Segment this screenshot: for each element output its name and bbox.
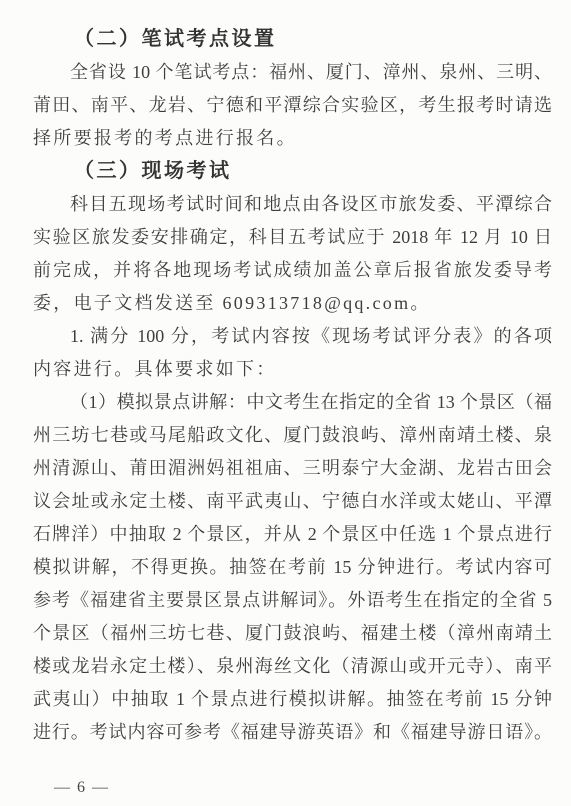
text-line: 实验区旅发委安排确定，科目五考试应于 2018 年 12 月 10 日 xyxy=(33,221,552,254)
text-line: 州三坊七巷或马尾船政文化、厦门鼓浪屿、漳州南靖土楼、泉 xyxy=(33,419,552,452)
text-line: 州清源山、莆田湄洲妈祖祖庙、三明泰宁大金湖、龙岩古田会 xyxy=(33,452,552,485)
text-line: 进行。考试内容可参考《福建导游英语》和《福建导游日语》。 xyxy=(33,716,552,749)
text-line: （1）模拟景点讲解：中文考生在指定的全省 13 个景区（福 xyxy=(33,386,552,419)
text-line: 内容进行。具体要求如下： xyxy=(33,353,552,386)
text-line: 参考《福建省主要景区景点讲解词》。外语考生在指定的全省 5 xyxy=(33,584,552,617)
text-line: 石牌洋）中抽取 2 个景区，并从 2 个景区中任选 1 个景点进行 xyxy=(33,518,552,551)
text-line: 楼或龙岩永定土楼）、泉州海丝文化（清源山或开元寺）、南平 xyxy=(33,650,552,683)
text-line: 武夷山）中抽取 1 个景点进行模拟讲解。抽签在考前 15 分钟 xyxy=(33,683,552,716)
text-line: 科目五现场考试时间和地点由各设区市旅发委、平潭综合 xyxy=(33,188,552,221)
text-line: 议会址或永定土楼、南平武夷山、宁德白水洋或太姥山、平潭 xyxy=(33,485,552,518)
text-line: 1. 满分 100 分，考试内容按《现场考试评分表》的各项 xyxy=(33,320,552,353)
page-number: — 6 — xyxy=(54,776,110,800)
text-line: 模拟讲解，不得更换。抽签在考前 15 分钟进行。考试内容可 xyxy=(33,551,552,584)
text-line: 委，电子文档发送至 609313718@qq.com。 xyxy=(33,287,552,320)
text-line: 择所要报考的考点进行报名。 xyxy=(33,122,552,155)
text-line: 个景区（福州三坊七巷、厦门鼓浪屿、福建土楼（漳州南靖土 xyxy=(33,617,552,650)
document-body: （二）笔试考点设置 全省设 10 个笔试考点：福州、厦门、漳州、泉州、三明、 莆… xyxy=(33,23,552,749)
section-heading-field-exam: （三）现场考试 xyxy=(33,155,552,188)
section-heading-written-exam-sites: （二）笔试考点设置 xyxy=(33,23,552,56)
text-line: 全省设 10 个笔试考点：福州、厦门、漳州、泉州、三明、 xyxy=(33,56,552,89)
document-page: （二）笔试考点设置 全省设 10 个笔试考点：福州、厦门、漳州、泉州、三明、 莆… xyxy=(0,0,571,806)
text-line: 莆田、南平、龙岩、宁德和平潭综合实验区，考生报考时请选 xyxy=(33,89,552,122)
text-line: 前完成，并将各地现场考试成绩加盖公章后报省旅发委导考 xyxy=(33,254,552,287)
